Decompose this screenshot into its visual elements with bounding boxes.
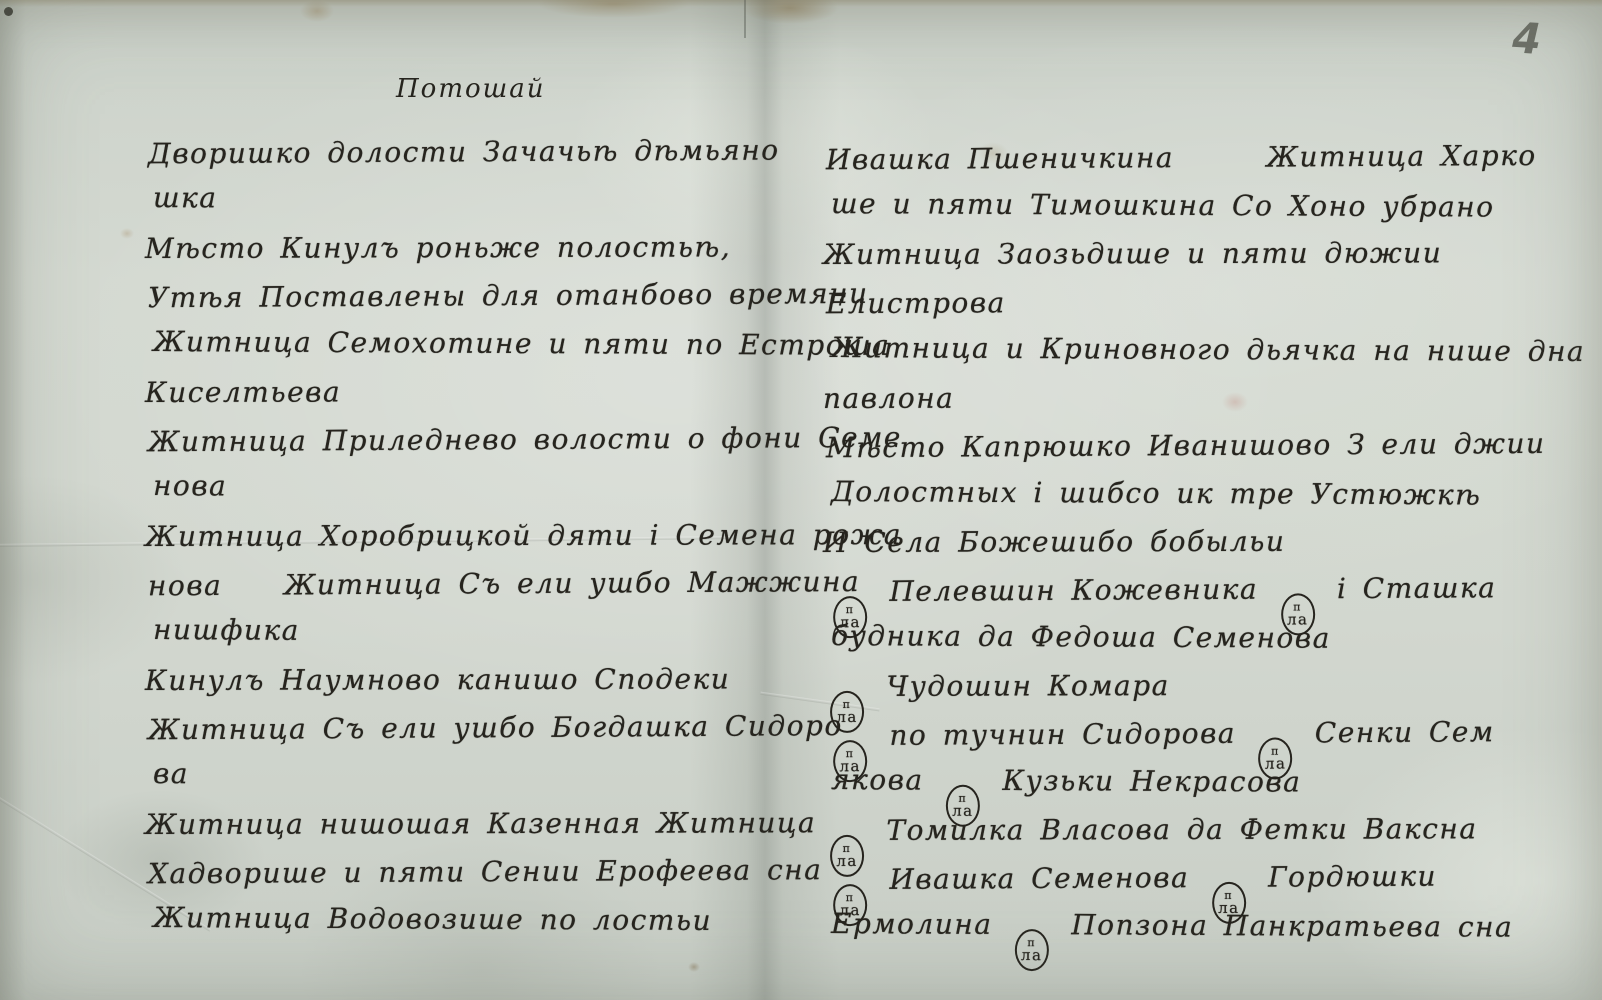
manuscript-line: Ивашка Пшеничкина Житница Харко — [826, 132, 1580, 185]
manuscript-line: ва — [153, 750, 910, 802]
manuscript-text-segment: Ивашка Пшеничкина Житница Харко — [826, 139, 1537, 176]
manuscript-line: Житница нишошая Казенная Житница — [145, 799, 902, 849]
manuscript-text-segment: по тучнин Сидорова — [874, 717, 1252, 752]
manuscript-line: пла Пелевшин Кожевника пла i Сташка — [826, 564, 1580, 617]
manuscript-text-segment: i Сташка — [1321, 571, 1496, 605]
manuscript-text-segment: И Села Божешибо бобыльи — [823, 525, 1286, 559]
manuscript-line: нова — [153, 462, 910, 514]
manuscript-line: будника да Федоша Семенова — [831, 612, 1585, 664]
manuscript-text-segment: ше и пяти Тимошкина Со Хоно убрано — [831, 187, 1495, 223]
manuscript-text-segment: Житница и Криновного дьячка на нише дна — [831, 331, 1585, 368]
page-edge-line — [744, 0, 746, 38]
manuscript-line: павлона — [823, 373, 1577, 423]
manuscript-text-segment: Пелевшин Кожевника — [874, 573, 1274, 608]
manuscript-text-segment: Житница Заозьдише и пяти дюжии — [823, 236, 1442, 271]
manuscript-text-segment: Попзона Панкратьева сна — [1056, 908, 1514, 943]
manuscript-line: Утѣя Поставлены для отанбово времяни — [148, 270, 905, 323]
manuscript-text-segment: Кузьки Некрасова — [987, 764, 1302, 799]
right-page-lines: Ивашка Пшеничкина Житница Харкоше и пяти… — [826, 134, 1580, 950]
manuscript-line: Мѣсто Кинулъ роньже полостьѣ, — [145, 223, 902, 273]
manuscript-line: Кинулъ Наумново канишо Сподеки — [145, 655, 902, 705]
manuscript-line: якова пла Кузьки Некрасова — [831, 756, 1585, 808]
left-page-heading: Потошай — [396, 74, 546, 104]
manuscript-line: нова Житница Съ ели ушбо Мажжина — [148, 558, 905, 611]
manuscript-text-segment: Ивашка Семенова — [874, 861, 1205, 896]
manuscript-text-segment: Гордюшки — [1253, 860, 1438, 894]
manuscript-line: пла Томилка Власова да Фетки Ваксна — [823, 805, 1577, 855]
manuscript-line: Дворишко долости Зачачьѣ дѣмьяно — [148, 126, 905, 179]
manuscript-line: Мѣсто Капрюшко Иванишово З ели джии — [826, 420, 1580, 473]
folio-number: 4 — [1507, 13, 1547, 63]
manuscript-text-segment: Долостных i шибсо ик тре Устюжкѣ — [831, 475, 1482, 511]
manuscript-line: И Села Божешибо бобыльи — [823, 517, 1577, 567]
manuscript-line: нишфика — [153, 606, 910, 658]
lavka-mark-label: ла — [1021, 948, 1043, 964]
manuscript-line: Долостных i шибсо ик тре Устюжкѣ — [831, 468, 1585, 520]
manuscript-text-segment: Мѣсто Капрюшко Иванишово З ели джии — [826, 427, 1546, 464]
manuscript-text-segment: Чудошин Комара — [871, 669, 1170, 703]
manuscript-photo: 4 Потошай Дворишко долости Зачачьѣ дѣмья… — [0, 0, 1602, 1000]
manuscript-line: Житница Водовозише по лостьи — [153, 894, 910, 946]
manuscript-line: Житница Приледнево волости о фони Семе — [148, 414, 905, 467]
left-page-lines: Дворишко долости Зачачьѣ дѣмьяношкаМѣсто… — [148, 128, 905, 944]
manuscript-text-segment: Томилка Власова да Фетки Ваксна — [871, 812, 1478, 847]
manuscript-text-segment: павлона — [823, 382, 954, 415]
manuscript-text-segment: будника да Федоша Семенова — [831, 619, 1331, 655]
manuscript-text-segment: Сенки Сем — [1299, 715, 1494, 749]
manuscript-line: пла по тучнин Сидорова пла Сенки Сем — [826, 708, 1580, 761]
paper-stain — [688, 962, 700, 972]
book-top-edge — [0, 0, 1602, 7]
manuscript-line: Ермолина пла Попзона Панкратьева сна — [831, 900, 1585, 952]
manuscript-line: Житница Заозьдише и пяти дюжии — [823, 229, 1577, 279]
manuscript-text-segment: якова — [831, 763, 939, 797]
manuscript-line: шка — [153, 174, 910, 226]
manuscript-line: Житница Съ ели ушбо Богдашка Сидоро — [148, 702, 905, 755]
manuscript-line: пла Ивашка Семенова пла Гордюшки — [826, 852, 1580, 905]
book-left-edge — [0, 0, 26, 1000]
paper-stain — [120, 228, 134, 239]
manuscript-line: Житница Хоробрицкой дяти i Семена рожа — [145, 511, 902, 561]
manuscript-line: Киселтьева — [145, 367, 902, 417]
manuscript-line: пла Чудошин Комара — [823, 661, 1577, 711]
lavka-circle-mark: пла — [1015, 929, 1049, 971]
manuscript-line: ше и пяти Тимошкина Со Хоно убрано — [831, 180, 1585, 232]
manuscript-line: Хадворише и пяти Сении Ерофеева сна — [148, 846, 905, 899]
manuscript-line: Житница Семохотине и пяти по Естроша — [153, 318, 910, 370]
manuscript-text-segment: Елистрова — [826, 286, 1006, 320]
manuscript-line: Елистрова — [826, 276, 1580, 329]
manuscript-text-segment: Ермолина — [831, 907, 1008, 941]
manuscript-line: Житница и Криновного дьячка на нише дна — [831, 324, 1585, 376]
